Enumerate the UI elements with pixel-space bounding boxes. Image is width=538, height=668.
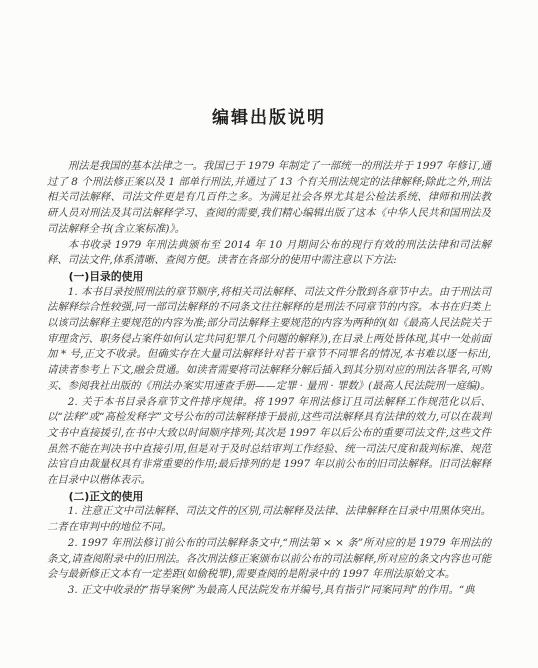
maintext-usage-item-1: 1. 注意正文中司法解释、司法文件的区别,司法解释及法律、法律解释在目录中用黑体… [47, 504, 491, 535]
maintext-usage-item-3-truncated: 3. 正文中收录的“指导案例”为最高人民法院发布并编号,具有指引“同案同判”的作… [47, 583, 491, 599]
page-title: 编辑出版说明 [47, 103, 491, 128]
toc-usage-item-2: 2. 关于本书目录各章节文件排序规律。将 1997 年刑法修订且司法解释工作规范… [47, 395, 491, 489]
section-heading-toc-usage: (一)目录的使用 [47, 269, 491, 285]
intro-paragraph-2: 本书收录 1979 年刑法典颁布至 2014 年 10 月期间公布的现行有效的刑… [47, 238, 491, 269]
maintext-usage-item-2: 2. 1997 年刑法修订前公布的司法解释条文中,“刑法第 × × 条”所对应的… [47, 536, 491, 583]
section-heading-maintext-usage: (二)正文的使用 [47, 489, 491, 505]
intro-paragraph-1: 刑法是我国的基本法律之一。我国已于 1979 年制定了一部统一的刑法并于 199… [47, 159, 491, 238]
book-page: 编辑出版说明 刑法是我国的基本法律之一。我国已于 1979 年制定了一部统一的刑… [0, 0, 538, 668]
toc-usage-item-1: 1. 本书目录按照刑法的章节顺序,将相关司法解释、司法文件分散到各章节中去。由于… [47, 285, 491, 395]
